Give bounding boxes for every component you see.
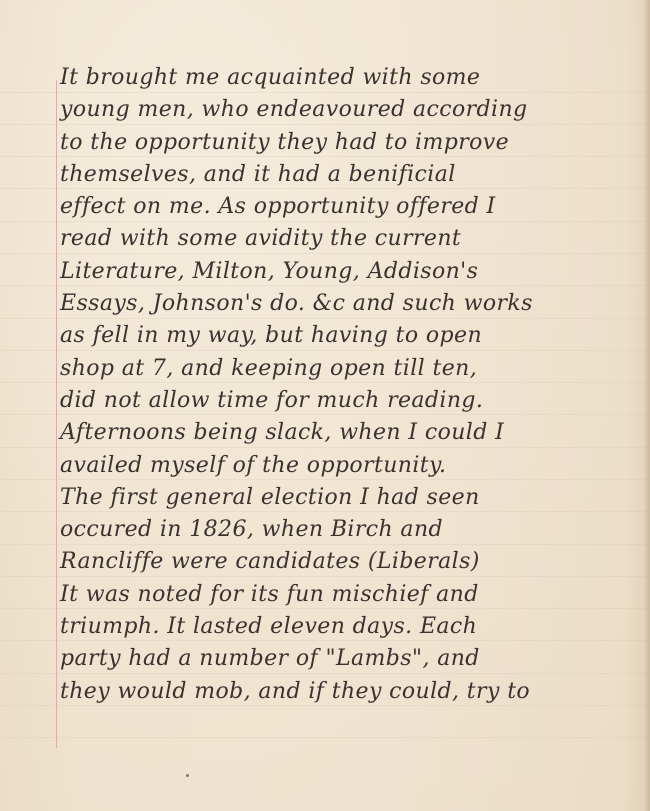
text-line: did not allow time for much reading. [60, 385, 640, 417]
text-line: as fell in my way, but having to open [60, 320, 640, 352]
handwritten-text: It brought me acquainted with some young… [60, 62, 640, 708]
text-line: read with some avidity the current [60, 223, 640, 255]
text-line: young men, who endeavoured according [60, 94, 640, 126]
ink-speck [186, 774, 189, 777]
manuscript-page: It brought me acquainted with some young… [0, 0, 650, 811]
text-line: shop at 7, and keeping open till ten, [60, 353, 640, 385]
text-line: themselves, and it had a benificial [60, 159, 640, 191]
text-line: It brought me acquainted with some [60, 62, 640, 94]
text-line: Essays, Johnson's do. &c and such works [60, 288, 640, 320]
text-line: effect on me. As opportunity offered I [60, 191, 640, 223]
text-line: triumph. It lasted eleven days. Each [60, 611, 640, 643]
text-line: to the opportunity they had to improve [60, 127, 640, 159]
text-line: availed myself of the opportunity. [60, 450, 640, 482]
text-line: Rancliffe were candidates (Liberals) [60, 546, 640, 578]
text-line: The first general election I had seen [60, 482, 640, 514]
text-line: Afternoons being slack, when I could I [60, 417, 640, 449]
text-line: occured in 1826, when Birch and [60, 514, 640, 546]
text-line: Literature, Milton, Young, Addison's [60, 256, 640, 288]
text-line: It was noted for its fun mischief and [60, 579, 640, 611]
ruled-line [0, 737, 650, 738]
page-edge [644, 0, 650, 811]
text-line: party had a number of "Lambs", and [60, 643, 640, 675]
text-line: they would mob, and if they could, try t… [60, 676, 640, 708]
margin-line [56, 80, 57, 748]
